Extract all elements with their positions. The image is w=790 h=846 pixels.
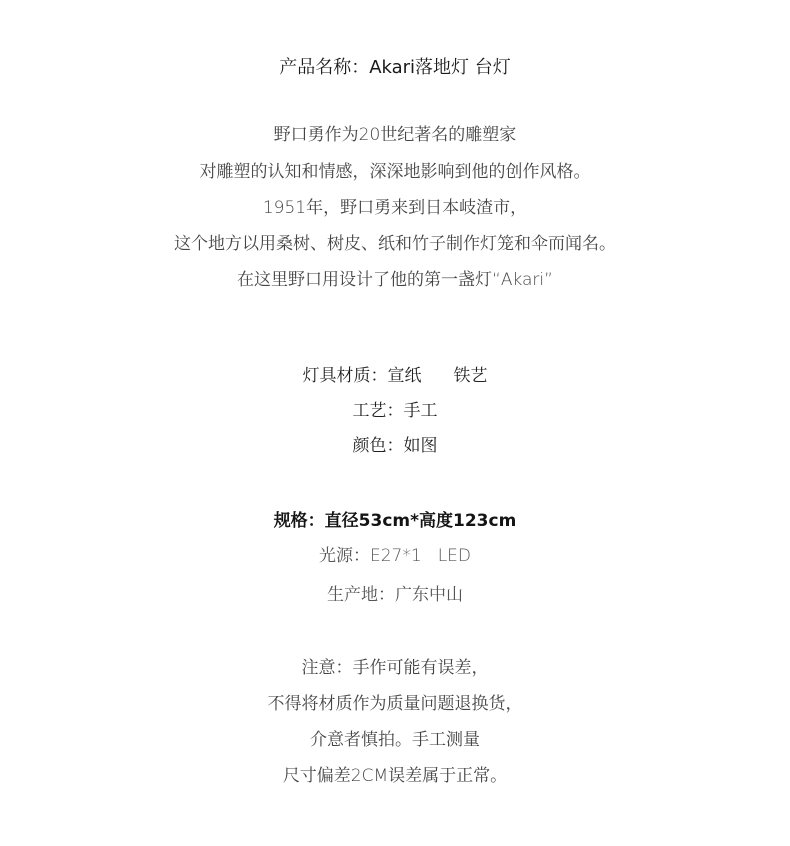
spec-light-source-label: 光源：E27*1 [319,546,422,566]
spec-light-source: 光源：E27*1LED [0,541,790,566]
intro-line-2: 对雕塑的认知和情感，深深地影响到他的创作风格。 [0,157,790,182]
spec-craft: 工艺：手工 [0,396,790,421]
product-title: 产品名称：Akari落地灯 台灯 [0,53,790,79]
intro-line-4: 这个地方以用桑树、树皮、纸和竹子制作灯笼和伞而闻名。 [0,229,790,254]
spec-material-label: 灯具材质： [303,366,388,386]
spec-material-value-2: 铁艺 [454,366,488,386]
spec-material: 灯具材质：宣纸铁艺 [0,361,790,386]
spec-color: 颜色：如图 [0,431,790,456]
intro-line-1: 野口勇作为20世纪著名的雕塑家 [0,120,790,145]
spec-material-value-1: 宣纸 [388,366,422,386]
notice-line-3: 介意者慎拍。手工测量 [0,725,790,750]
notice-line-2: 不得将材质作为质量问题退换货， [0,689,790,714]
spec-origin: 生产地：广东中山 [0,580,790,605]
intro-line-5: 在这里野口用设计了他的第一盏灯“Akari” [0,265,790,290]
notice-line-4: 尺寸偏差2CM误差属于正常。 [0,761,790,786]
notice-line-1: 注意：手作可能有误差， [0,653,790,678]
intro-line-3: 1951年，野口勇来到日本岐渣市， [0,193,790,218]
spec-size: 规格：直径53cm*高度123cm [0,506,790,531]
spec-light-source-value: LED [438,546,471,566]
